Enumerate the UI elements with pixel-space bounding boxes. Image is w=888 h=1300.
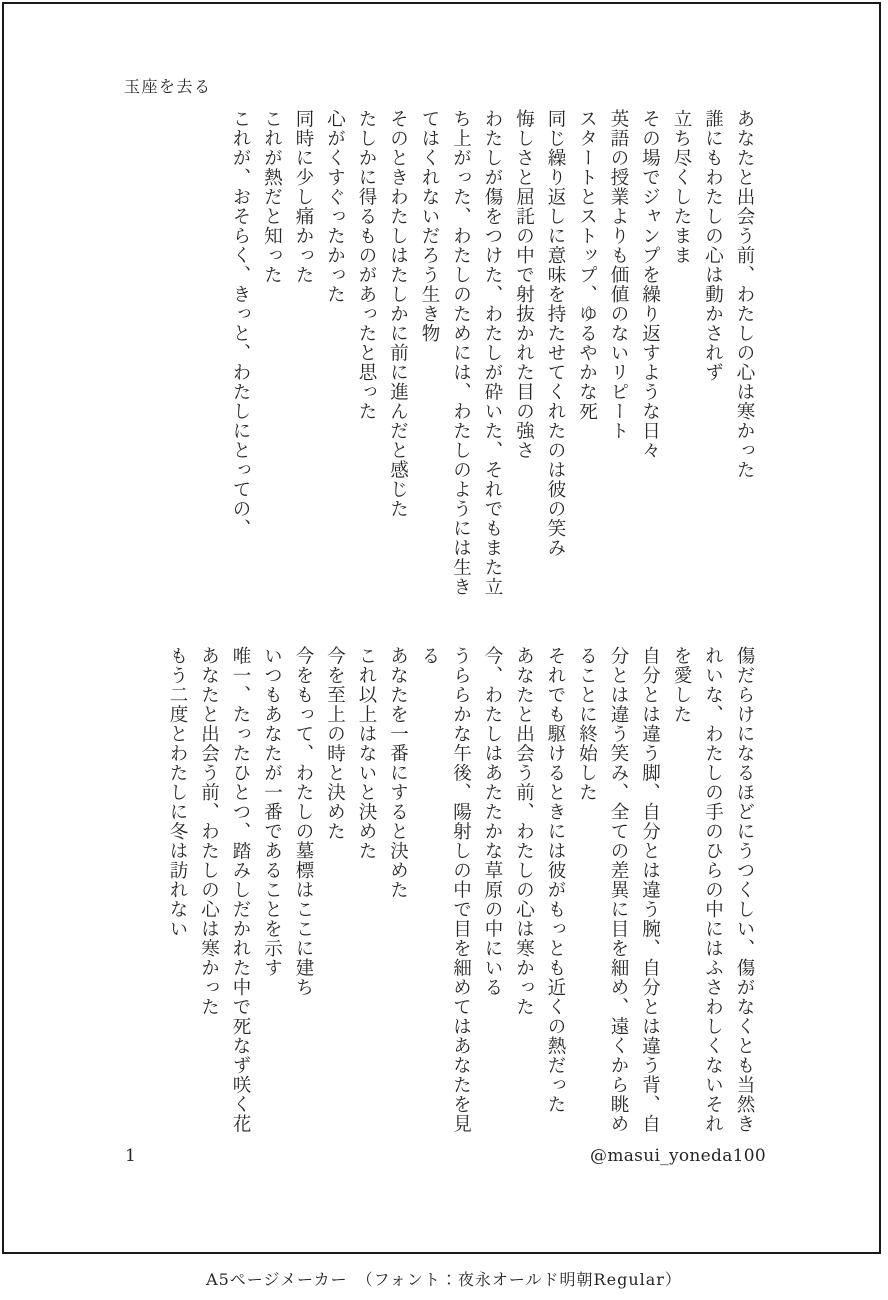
poem-line: 唯一、たったひとつ、踏みしだかれた中で死なず咲く花 xyxy=(225,646,257,1151)
poem-line: てはくれないだろう生き物 xyxy=(414,109,446,614)
poem-line: これが熱だと知った xyxy=(256,109,288,614)
poem-line: ち上がった、わたしのためには、わたしのようには生き xyxy=(445,109,477,614)
poem-line: を愛した xyxy=(666,646,698,1151)
poem-line: ることに終始した xyxy=(571,646,603,1151)
poem-stanza-2: 傷だらけになるほどにうつくしい、傷がなくとも当然きれいな、わたしの手のひらの中に… xyxy=(162,646,761,1151)
poem-line: 傷だらけになるほどにうつくしい、傷がなくとも当然き xyxy=(729,646,761,1151)
poem-line: これが、おそらく、きっと、わたしにとっての、 xyxy=(225,109,257,614)
poem-title: 玉座を去る xyxy=(124,74,212,97)
author-handle: @masui_yoneda100 xyxy=(590,1146,766,1166)
poem-line: もう二度とわたしに冬は訪れない xyxy=(162,646,194,1151)
poem-line: れいな、わたしの手のひらの中にはふさわしくないそれ xyxy=(697,646,729,1151)
poem-line: 自分とは違う脚、自分とは違う腕、自分とは違う背、自 xyxy=(634,646,666,1151)
poem-line: 誰にもわたしの心は動かされず xyxy=(697,109,729,614)
poem-line: その場でジャンプを繰り返すような日々 xyxy=(634,109,666,614)
poem-line: 今をもって、わたしの墓標はここに建ち xyxy=(288,646,320,1151)
poem-line: あなたを一番にすると決めた xyxy=(382,646,414,1151)
poem-line: わたしが傷をつけた、わたしが砕いた、それでもまた立 xyxy=(477,109,509,614)
poem-line: うららかな午後、陽射しの中で目を細めてはあなたを見 xyxy=(445,646,477,1151)
poem-line: 英語の授業よりも価値のないリピート xyxy=(603,109,635,614)
poem-line: 今を至上の時と決めた xyxy=(319,646,351,1151)
poem-line: たしかに得るものがあったと思った xyxy=(351,109,383,614)
poem-stanza-1: あなたと出会う前、わたしの心は寒かった誰にもわたしの心は動かされず立ち尽くしたま… xyxy=(225,109,761,614)
poem-line: 分とは違う笑み、全ての差異に目を細め、遠くから眺め xyxy=(603,646,635,1151)
poem-line: 同時に少し痛かった xyxy=(288,109,320,614)
poem-line: る xyxy=(414,646,446,1151)
poem-line: これ以上はないと決めた xyxy=(351,646,383,1151)
poem-line: そのときわたしはたしかに前に進んだと感じた xyxy=(382,109,414,614)
poem-line: 今、わたしはあたたかな草原の中にいる xyxy=(477,646,509,1151)
poem-line: あなたと出会う前、わたしの心は寒かった xyxy=(193,646,225,1151)
poem-line: スタートとストップ、ゆるやかな死 xyxy=(571,109,603,614)
poem-line: それでも駆けるときには彼がもっとも近くの熱だった xyxy=(540,646,572,1151)
app-footer-label: A5ページメーカー （フォント：夜永オールド明朝Regular） xyxy=(0,1267,888,1290)
poem-line: 悔しさと屈託の中で射抜かれた目の強さ xyxy=(508,109,540,614)
poem-line: あなたと出会う前、わたしの心は寒かった xyxy=(508,646,540,1151)
poem-line: いつもあなたが一番であることを示す xyxy=(256,646,288,1151)
poem-line: 同じ繰り返しに意味を持たせてくれたのは彼の笑み xyxy=(540,109,572,614)
poem-line: 立ち尽くしたまま xyxy=(666,109,698,614)
page-number: 1 xyxy=(125,1146,136,1166)
poem-line: 心がくすぐったかった xyxy=(319,109,351,614)
poem-line: あなたと出会う前、わたしの心は寒かった xyxy=(729,109,761,614)
